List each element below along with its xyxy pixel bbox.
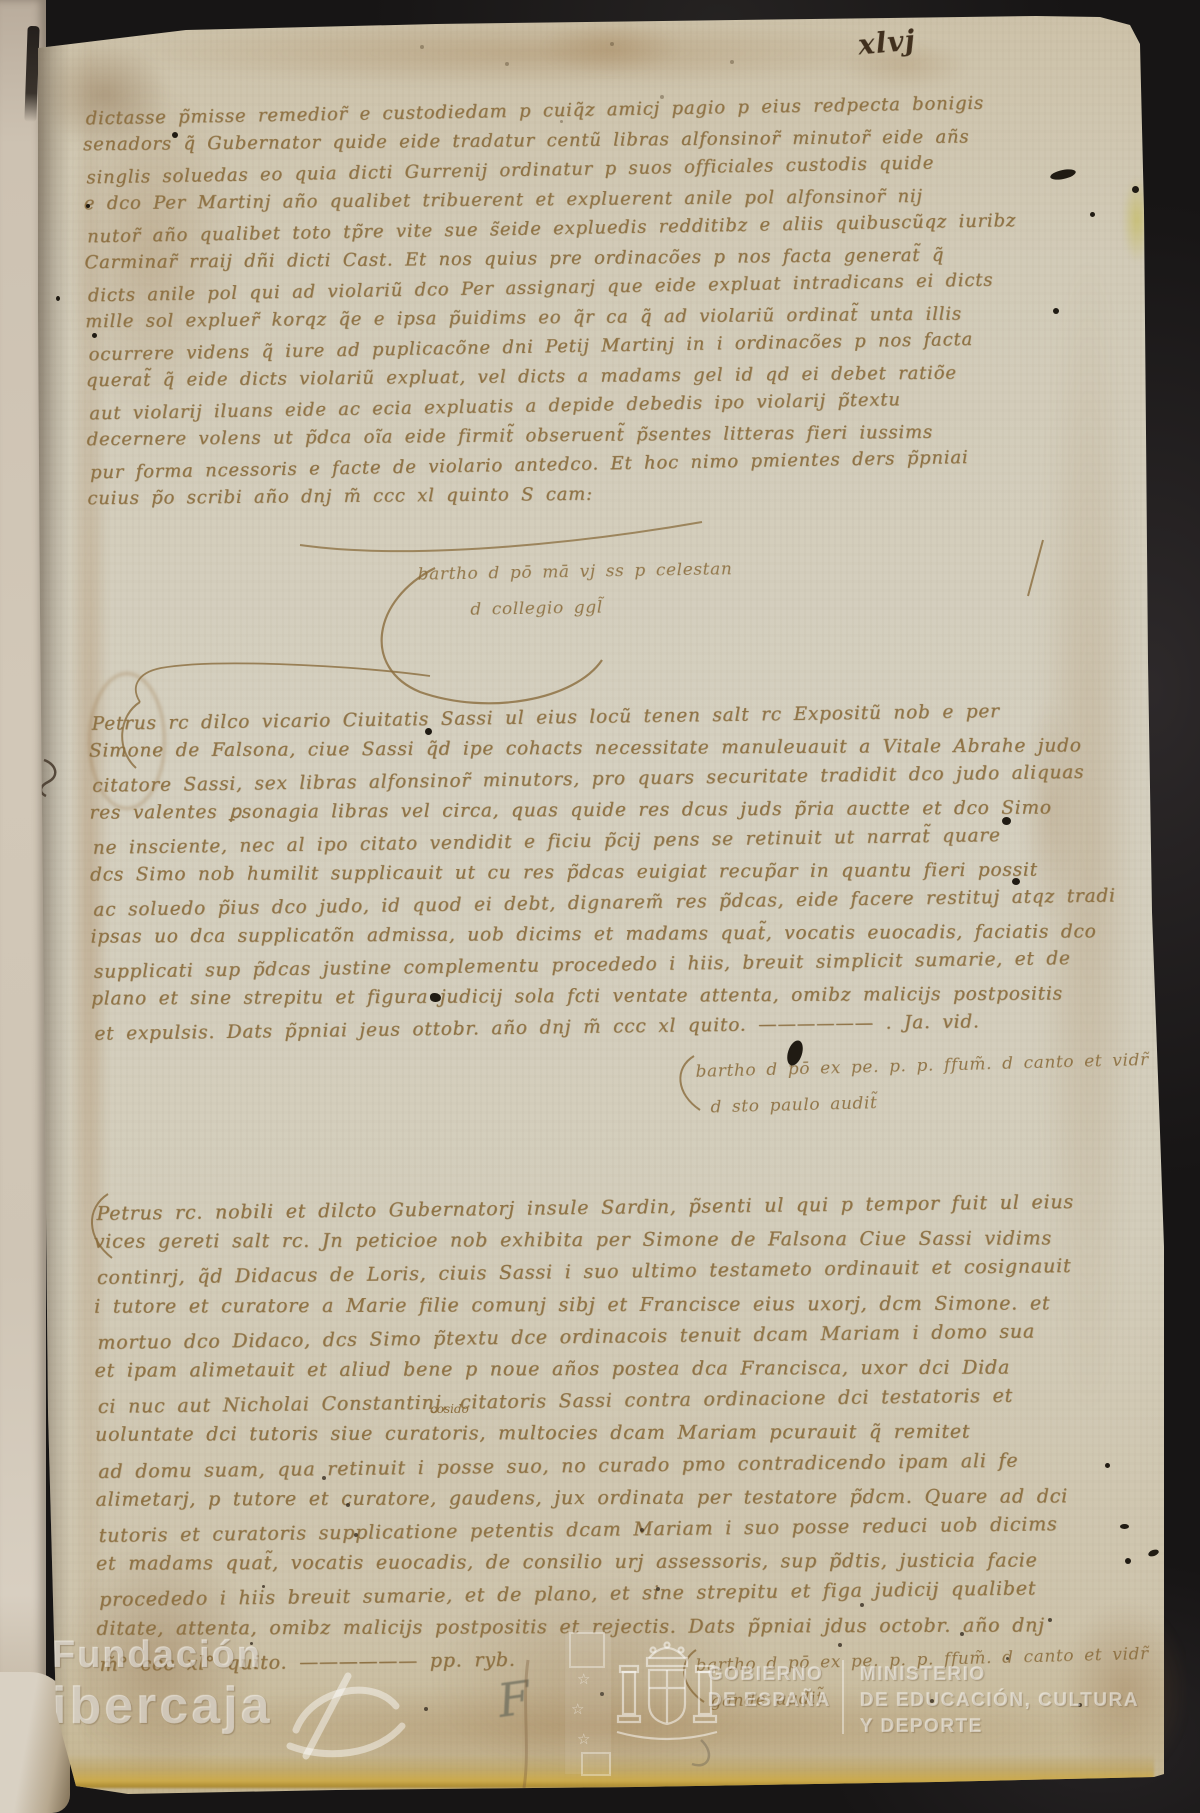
speck	[730, 60, 734, 64]
ink-blot	[425, 728, 432, 735]
worm-hole	[1006, 1657, 1009, 1660]
speck	[610, 42, 614, 46]
worm-hole	[354, 1533, 358, 1537]
worm-hole	[262, 1585, 265, 1588]
spain-coat-of-arms-watermark	[615, 1636, 719, 1756]
ink-blot	[1090, 212, 1095, 217]
watermark-divider	[842, 1660, 844, 1734]
flag-box	[569, 1632, 605, 1668]
ink-blot	[1002, 817, 1011, 825]
worm-hole	[656, 1587, 660, 1591]
watermark-ministerio-line3: Y DEPORTE	[860, 1714, 983, 1740]
worm-hole	[640, 1528, 644, 1532]
speck	[420, 45, 424, 49]
speck	[505, 62, 509, 66]
watermark-flag-band: ☆ ☆ ☆	[565, 1630, 611, 1774]
ink-blot	[172, 132, 178, 138]
star-icon: ☆	[577, 1670, 590, 1688]
ink-blot	[1105, 1463, 1110, 1468]
ibercaja-logo-icon	[282, 1668, 412, 1768]
ink-blot	[1132, 186, 1139, 193]
ink-blot	[86, 204, 90, 208]
watermark-ibercaja: ibercaja	[52, 1676, 273, 1736]
watermark-gobierno-line2: DE ESPAÑA	[708, 1688, 831, 1714]
worm-hole	[346, 1503, 350, 1507]
pen-flourishes	[36, 12, 1164, 1798]
ink-blot	[1012, 878, 1020, 885]
star-icon: ☆	[571, 1700, 584, 1718]
worm-hole	[860, 1603, 864, 1607]
flag-box	[581, 1752, 611, 1776]
watermark-ministerio-line2: DE EDUCACIÓN, CULTURA	[860, 1688, 1139, 1714]
star-icon: ☆	[577, 1730, 590, 1748]
speck	[660, 95, 664, 99]
ink-blot	[1120, 1524, 1129, 1529]
ink-blot	[92, 333, 97, 338]
worm-hole	[322, 1476, 326, 1480]
watermark-gobierno-line1: GOBIERNO	[708, 1662, 823, 1688]
photo-stage: xlvj dictasse p̃misse remedior̃ e custod…	[0, 0, 1200, 1813]
worm-hole	[424, 1707, 428, 1711]
ink-blot	[1125, 1558, 1131, 1564]
watermark-fundacion: Fundación	[52, 1634, 262, 1677]
ink-blot	[430, 993, 441, 1002]
worm-hole	[960, 1632, 964, 1636]
manuscript-page: xlvj dictasse p̃misse remedior̃ e custod…	[36, 12, 1164, 1798]
ink-blot	[56, 296, 60, 301]
worm-hole	[1048, 1618, 1052, 1622]
worm-hole	[838, 1643, 842, 1647]
watermark-ministerio-line1: MINISTERIO	[860, 1662, 986, 1688]
speck	[560, 120, 563, 123]
ink-blot	[1053, 308, 1059, 314]
